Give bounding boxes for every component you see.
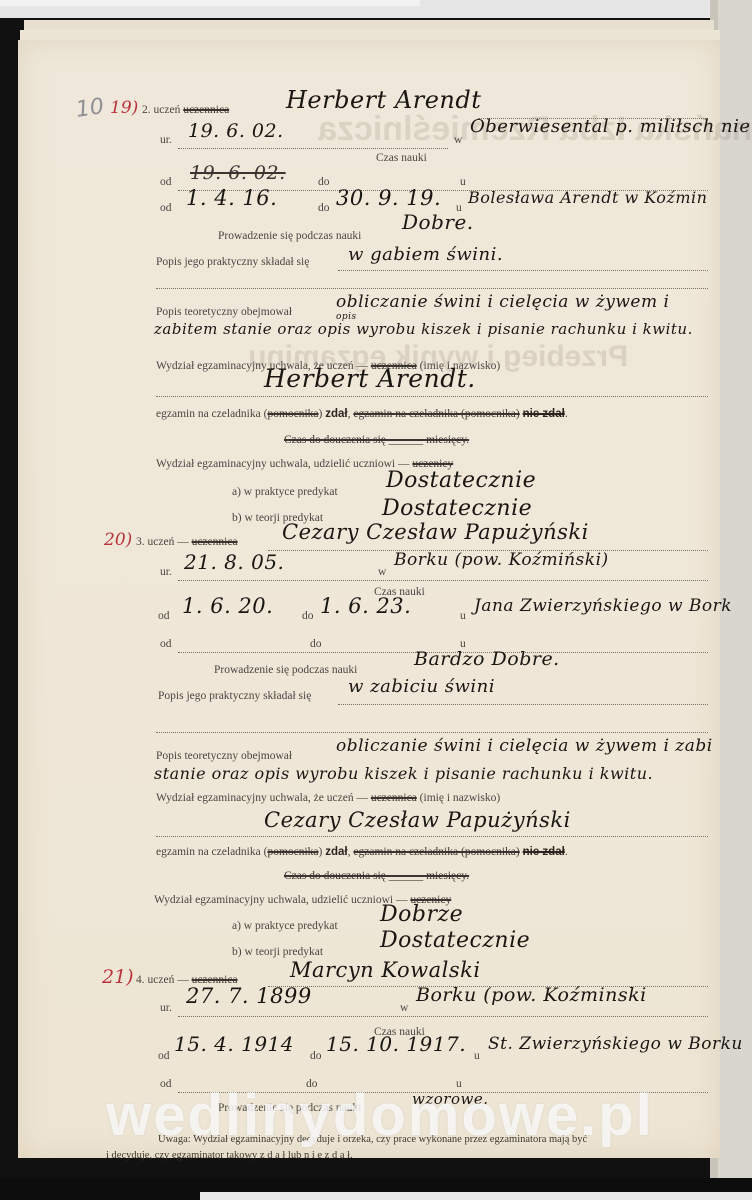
label-popis-teoretyczny: Popis teoretyczny obejmował [156, 306, 292, 318]
dotted-line [156, 732, 708, 733]
theory-line-2: zabitem stanie oraz opis wyrobu kiszek i… [154, 320, 693, 338]
dotted-line [178, 1016, 708, 1017]
grade-practice: Dostatecznie [386, 468, 536, 493]
exam-result-line: egzamin na czeladnika (pomocnika) zdał, … [156, 408, 568, 420]
dotted-line [178, 580, 708, 581]
label-prowadzenie: Prowadzenie się podczas nauki [218, 230, 361, 242]
label-praktyka: a) w praktyce predykat [232, 920, 338, 932]
birth-place: Oberwiesental p. miliłsch niem. [470, 116, 752, 137]
period-at: Bolesława Arendt w Koźmin [468, 188, 707, 207]
grade-practice: Dobrze [380, 902, 463, 927]
label-od-2: od [160, 638, 172, 650]
label-wydzial-uchwala: Wydział egzaminacyjny uchwala, że uczeń … [156, 792, 500, 804]
period-at: Jana Zwierzyńskiego w Bork [474, 596, 732, 616]
apprentice-name: Herbert Arendt [286, 86, 481, 114]
label-u: u [460, 610, 466, 622]
label-praktyka: a) w praktyce predykat [232, 486, 338, 498]
period-from: 15. 4. 1914 [174, 1032, 294, 1056]
footer-note-line-2: i decyduje, czy egzaminator takowy z d a… [106, 1150, 353, 1161]
period-to: 30. 9. 19. [336, 186, 441, 210]
period-to: 1. 6. 23. [320, 594, 411, 618]
theory-superscript: opis [336, 312, 357, 322]
label-od: od [158, 610, 170, 622]
label-do-2: do [310, 638, 322, 650]
practical-exam: w gabiem świni. [348, 244, 503, 265]
dotted-line [338, 704, 708, 705]
conduct: Dobre. [402, 210, 474, 234]
grade-theory: Dostatecznie [382, 496, 532, 521]
page-number: 10 [74, 94, 105, 123]
exam-result-line: egzamin na czeladnika (pomocnika) zdał, … [156, 846, 568, 858]
practical-exam: w zabiciu świni [348, 676, 495, 697]
birth-place: Borku (pow. Koźminski [416, 984, 647, 1006]
period-from: 1. 6. 20. [182, 594, 273, 618]
label-w: w [400, 1002, 408, 1014]
label-prowadzenie: Prowadzenie się podczas nauki [214, 664, 357, 676]
theory-line-2: stanie oraz opis wyrobu kiszek i pisanie… [154, 764, 653, 783]
dotted-line [156, 288, 708, 289]
label-ur: ur. [160, 134, 172, 146]
conduct: Bardzo Dobre. [414, 648, 560, 670]
label-u: u [460, 176, 466, 188]
czas-nauki-label: Czas nauki [376, 152, 427, 164]
label-popis-praktyczny: Popis jego praktyczny składał się [158, 690, 311, 702]
douczenie-line-struck: Czas do douczenia się ______ miesięcy. [284, 870, 469, 882]
period-from: 1. 4. 16. [186, 186, 277, 210]
label-popis-praktyczny: Popis jego praktyczny składał się [156, 256, 309, 268]
watermark: wedlinydomowe.pl [60, 1082, 700, 1149]
birth-place: Borku (pow. Koźmiński) [394, 550, 609, 570]
label-ur: ur. [160, 1002, 172, 1014]
label-ur: ur. [160, 566, 172, 578]
entry-index: 2. uczeń uczennica [142, 104, 229, 116]
grade-theory: Dostatecznie [380, 928, 530, 953]
register-number-21: 21) [102, 966, 134, 988]
scan-border-top [0, 0, 752, 18]
label-od: od [158, 1050, 170, 1062]
entry-index: 3. uczeń — uczennica [136, 536, 238, 548]
douczenie-line-struck: Czas do douczenia się ______ miesięcy. [284, 434, 469, 446]
label-od: od [160, 176, 172, 188]
document-page: Poznańska Izba Rzemieślnicza Przebieg i … [18, 40, 720, 1158]
label-popis-teoretyczny: Popis teoretyczny obejmował [156, 750, 292, 762]
register-number-19: 19) [110, 98, 138, 118]
register-number-20: 20) [104, 530, 132, 550]
apprentice-name: Marcyn Kowalski [290, 958, 481, 982]
birth-date: 27. 7. 1899 [186, 984, 312, 1008]
label-do: do [302, 610, 314, 622]
period-at: St. Zwierzyńskiego w Borku [488, 1034, 743, 1054]
label-w: w [454, 134, 462, 146]
label-od-2: od [160, 202, 172, 214]
theory-line-1: obliczanie świni i cielęcia w żywem i [336, 292, 669, 312]
label-do: do [318, 176, 330, 188]
dotted-line [156, 836, 708, 837]
label-do: do [310, 1050, 322, 1062]
scan-border-bottom [0, 1178, 752, 1200]
apprentice-name: Cezary Czesław Papużyński [282, 520, 589, 544]
label-do-2: do [318, 202, 330, 214]
period-from-struck: 19. 6. 02. [190, 162, 286, 184]
birth-date: 21. 8. 05. [184, 550, 284, 574]
theory-line-1: obliczanie świni i cielęcia w żywem i za… [336, 736, 713, 756]
label-teoria: b) w teorji predykat [232, 946, 323, 958]
period-to: 15. 10. 1917. [326, 1032, 466, 1056]
birth-date: 19. 6. 02. [188, 120, 284, 142]
passed-name: Herbert Arendt. [264, 364, 476, 393]
passed-name: Cezary Czesław Papużyński [264, 808, 571, 832]
dotted-line [338, 270, 708, 271]
label-w: w [378, 566, 386, 578]
dotted-line [178, 148, 448, 149]
dotted-line [156, 396, 708, 397]
label-u: u [474, 1050, 480, 1062]
